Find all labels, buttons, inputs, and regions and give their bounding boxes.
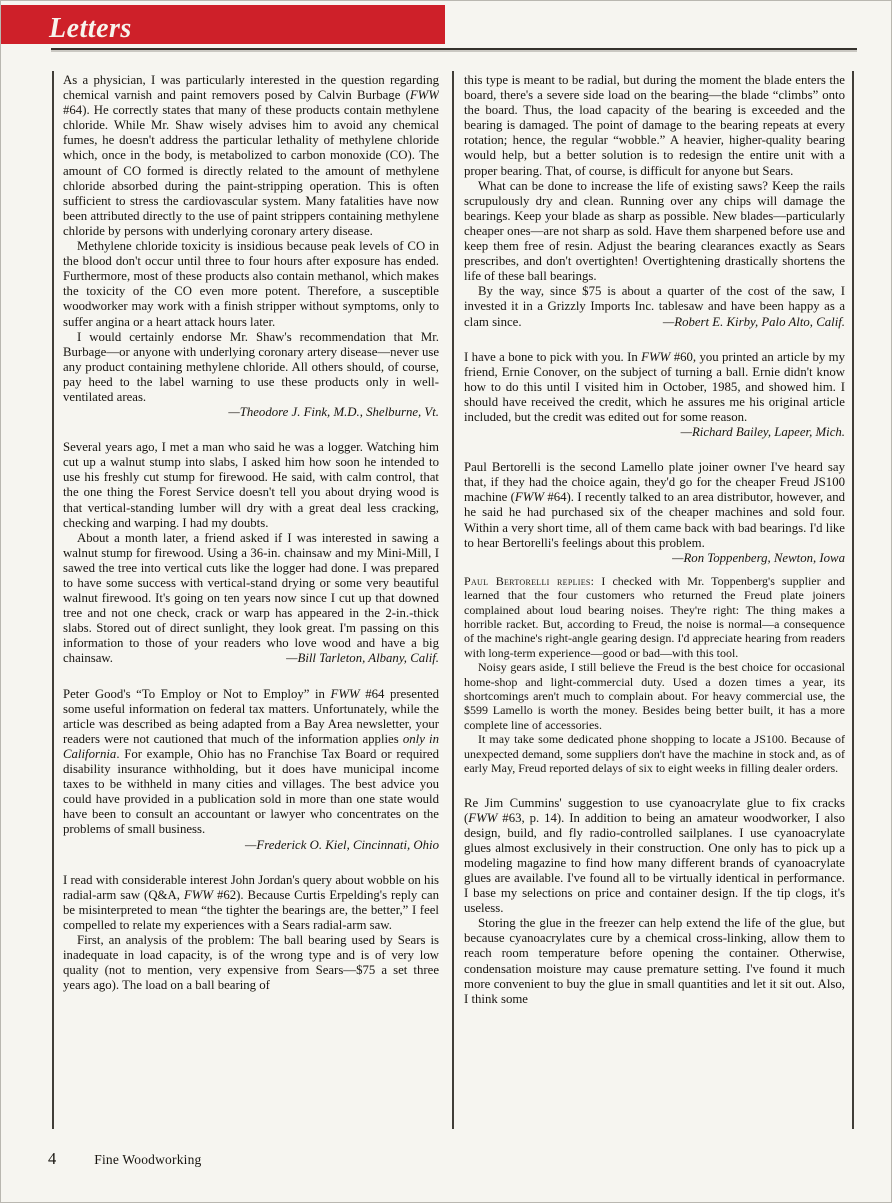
paragraph: Peter Good's “To Employ or Not to Employ… bbox=[63, 687, 439, 838]
signature: —Frederick O. Kiel, Cincinnati, Ohio bbox=[63, 838, 439, 853]
page-number: 4 bbox=[48, 1149, 56, 1169]
paragraph: What can be done to increase the life of… bbox=[464, 179, 845, 285]
page-footer: 4 Fine Woodworking bbox=[48, 1149, 202, 1169]
paragraph: As a physician, I was particularly inter… bbox=[63, 73, 439, 239]
letter: Paul Bertorelli is the second Lamello pl… bbox=[464, 460, 845, 566]
signature: —Bill Tarleton, Albany, Calif. bbox=[272, 651, 439, 666]
section-title: Letters bbox=[49, 13, 132, 45]
paragraph: First, an analysis of the problem: The b… bbox=[63, 933, 439, 993]
signature: —Richard Bailey, Lapeer, Mich. bbox=[464, 425, 845, 440]
signature: —Theodore J. Fink, M.D., Shelburne, Vt. bbox=[63, 405, 439, 420]
paragraph: It may take some dedicated phone shoppin… bbox=[464, 732, 845, 775]
section-header-bar: Letters bbox=[1, 5, 445, 44]
magazine-name: Fine Woodworking bbox=[94, 1152, 201, 1168]
letter: Re Jim Cummins' suggestion to use cyanoa… bbox=[464, 796, 845, 1007]
paragraph: Noisy gears aside, I still believe the F… bbox=[464, 660, 845, 732]
paragraph: Several years ago, I met a man who said … bbox=[63, 440, 439, 531]
header-rule bbox=[51, 48, 857, 50]
letter: Peter Good's “To Employ or Not to Employ… bbox=[63, 687, 439, 853]
column-rule-middle bbox=[452, 71, 454, 1129]
paragraph: About a month later, a friend asked if I… bbox=[63, 531, 439, 667]
paragraph: Re Jim Cummins' suggestion to use cyanoa… bbox=[464, 796, 845, 917]
magazine-page: Letters As a physician, I was particular… bbox=[0, 0, 892, 1203]
paragraph: this type is meant to be radial, but dur… bbox=[464, 73, 845, 179]
text-column-right: this type is meant to be radial, but dur… bbox=[464, 73, 845, 1131]
paragraph: Paul Bertorelli is the second Lamello pl… bbox=[464, 460, 845, 551]
reply-lead: Paul Bertorelli replies: bbox=[464, 574, 594, 588]
letter: Several years ago, I met a man who said … bbox=[63, 440, 439, 666]
column-rule-left bbox=[52, 71, 54, 1129]
paragraph: I have a bone to pick with you. In FWW #… bbox=[464, 350, 845, 425]
signature: —Ron Toppenberg, Newton, Iowa bbox=[464, 551, 845, 566]
paragraph: Methylene chloride toxicity is insidious… bbox=[63, 239, 439, 330]
paragraph: I read with considerable interest John J… bbox=[63, 873, 439, 933]
letter-continuation: this type is meant to be radial, but dur… bbox=[464, 73, 845, 330]
letter: I read with considerable interest John J… bbox=[63, 873, 439, 994]
column-rule-right bbox=[852, 71, 854, 1129]
editor-reply: Paul Bertorelli replies: I checked with … bbox=[464, 574, 845, 776]
letter: I have a bone to pick with you. In FWW #… bbox=[464, 350, 845, 441]
paragraph: By the way, since $75 is about a quarter… bbox=[464, 284, 845, 329]
paragraph: Storing the glue in the freezer can help… bbox=[464, 916, 845, 1007]
paragraph: Paul Bertorelli replies: I checked with … bbox=[464, 574, 845, 660]
letter: As a physician, I was particularly inter… bbox=[63, 73, 439, 420]
signature: —Robert E. Kirby, Palo Alto, Calif. bbox=[649, 315, 845, 330]
text-column-left: As a physician, I was particularly inter… bbox=[63, 73, 439, 1131]
paragraph: I would certainly endorse Mr. Shaw's rec… bbox=[63, 330, 439, 405]
